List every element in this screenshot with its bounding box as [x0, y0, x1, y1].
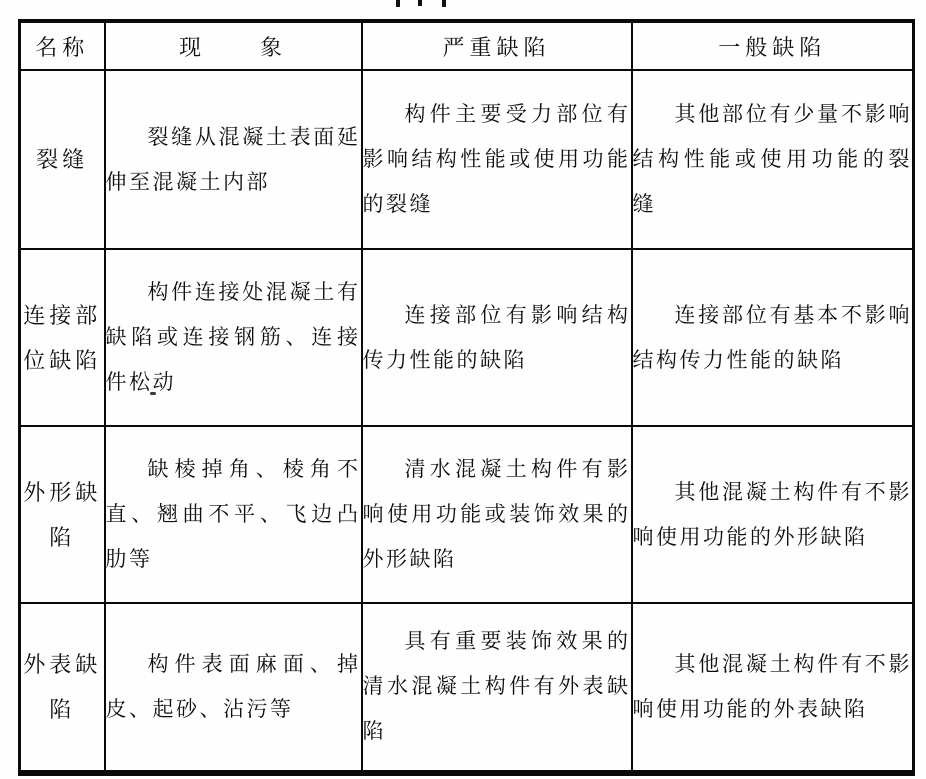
cell-text: 连接部位有基本不影响结构传力性能的缺陷 — [633, 293, 913, 383]
table-row: 裂缝 裂缝从混凝土表面延伸至混凝土内部 构件主要受力部位有影响结构性能或使用功能… — [20, 70, 914, 249]
cell-text: 连接部位有影响结构传力性能的缺陷 — [363, 293, 631, 383]
serious-defect-cell: 构件主要受力部位有影响结构性能或使用功能的裂缝 — [362, 70, 632, 249]
general-defect-cell: 其他混凝土构件有不影响使用功能的外表缺陷 — [632, 603, 914, 771]
phenomenon-cell: 缺棱掉角、棱角不直、翘曲不平、飞边凸肋等 — [105, 426, 362, 603]
phenomenon-cell: 构件表面麻面、掉皮、起砂、沾污等 — [105, 603, 362, 771]
defect-name: 连接部位缺陷 — [20, 249, 105, 426]
cell-text: 缺棱掉角、棱角不直、翘曲不平、飞边凸肋等 — [106, 447, 361, 582]
serious-defect-cell: 清水混凝土构件有影响使用功能或装饰效果的外形缺陷 — [362, 426, 632, 603]
column-header-serious-defect: 严重缺陷 — [362, 22, 632, 71]
header-row: 名称 现 象 严重缺陷 一般缺陷 — [20, 22, 914, 71]
concrete-defect-table: 名称 现 象 严重缺陷 一般缺陷 裂缝 裂缝从混凝土表面延伸至混凝土内部 构件主… — [18, 20, 915, 773]
general-defect-cell: 其他混凝土构件有不影响使用功能的外形缺陷 — [632, 426, 914, 603]
serious-defect-cell: 具有重要装饰效果的清水混凝土构件有外表缺陷 — [362, 603, 632, 771]
cell-text: 构件主要受力部位有影响结构性能或使用功能的裂缝 — [363, 92, 631, 227]
phenomenon-cell: 裂缝从混凝土表面延伸至混凝土内部 — [105, 70, 362, 249]
table-row: 连接部位缺陷 构件连接处混凝土有缺陷或连接钢筋、连接件松动 连接部位有影响结构传… — [20, 249, 914, 426]
defect-name: 裂缝 — [20, 70, 105, 249]
table-row: 外表缺陷 构件表面麻面、掉皮、起砂、沾污等 具有重要装饰效果的清水混凝土构件有外… — [20, 603, 914, 771]
cell-text: 其他部位有少量不影响结构性能或使用功能的裂缝 — [633, 92, 913, 227]
cell-text: 清水混凝土构件有影响使用功能或装饰效果的外形缺陷 — [363, 447, 631, 582]
cell-text: 构件连接处混凝土有缺陷或连接钢筋、连接件松动 — [106, 270, 361, 405]
cell-text: 构件表面麻面、掉皮、起砂、沾污等 — [106, 642, 361, 732]
defect-name: 外形缺陷 — [20, 426, 105, 603]
table-row: 外形缺陷 缺棱掉角、棱角不直、翘曲不平、飞边凸肋等 清水混凝土构件有影响使用功能… — [20, 426, 914, 603]
cell-text: 裂缝从混凝土表面延伸至混凝土内部 — [106, 115, 361, 205]
defect-name: 外表缺陷 — [20, 603, 105, 771]
scan-artifact-dot — [150, 392, 156, 395]
cell-text: 其他混凝土构件有不影响使用功能的外表缺陷 — [633, 642, 913, 732]
cell-text: 具有重要装饰效果的清水混凝土构件有外表缺陷 — [363, 619, 631, 754]
general-defect-cell: 其他部位有少量不影响结构性能或使用功能的裂缝 — [632, 70, 914, 249]
general-defect-cell: 连接部位有基本不影响结构传力性能的缺陷 — [632, 249, 914, 426]
cell-text: 其他混凝土构件有不影响使用功能的外形缺陷 — [633, 470, 913, 560]
column-header-phenomenon: 现 象 — [105, 22, 362, 71]
column-header-name: 名称 — [20, 22, 105, 71]
cropped-caption-fragment — [396, 0, 448, 7]
scanned-document-page: 名称 现 象 严重缺陷 一般缺陷 裂缝 裂缝从混凝土表面延伸至混凝土内部 构件主… — [0, 0, 926, 779]
column-header-general-defect: 一般缺陷 — [632, 22, 914, 71]
serious-defect-cell: 连接部位有影响结构传力性能的缺陷 — [362, 249, 632, 426]
phenomenon-cell: 构件连接处混凝土有缺陷或连接钢筋、连接件松动 — [105, 249, 362, 426]
